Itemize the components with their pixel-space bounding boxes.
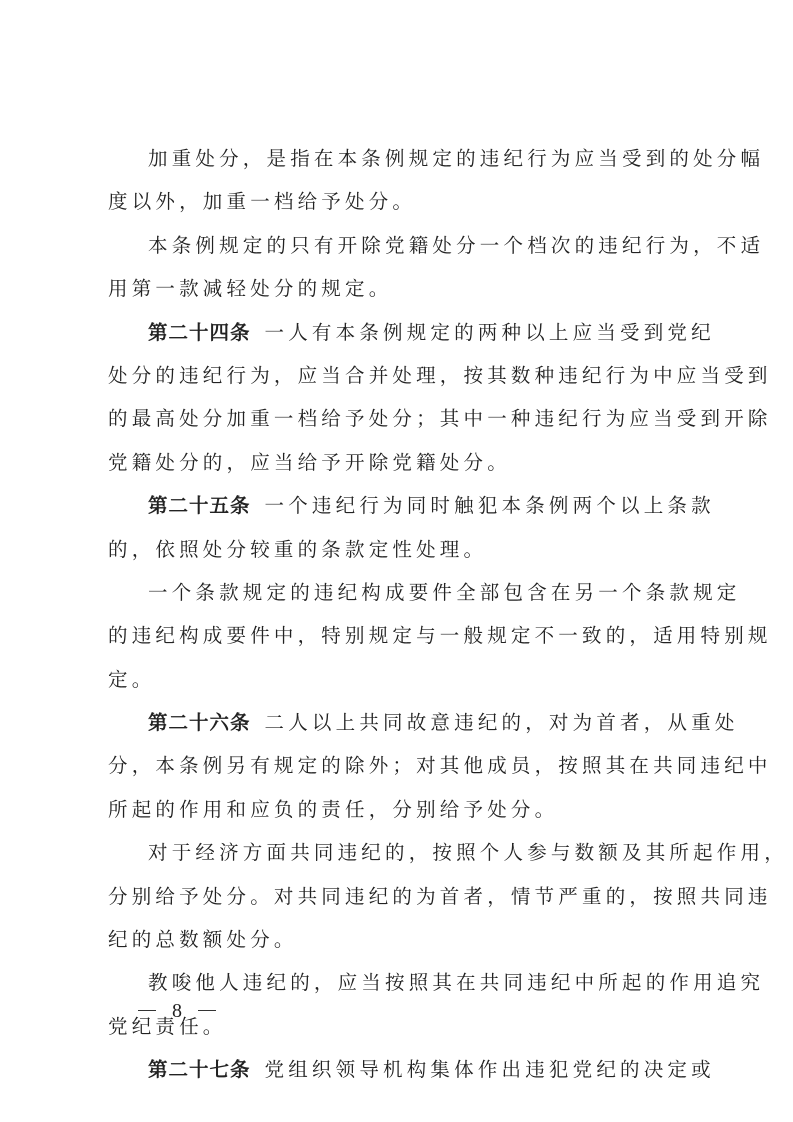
line-text: 加重处分，是指在本条例规定的违纪行为应当受到的处分幅: [148, 147, 764, 170]
line-text: 教唆他人违纪的，应当按照其在共同违纪中所起的作用追究: [148, 971, 764, 994]
line-text: 一人有本条例规定的两种以上应当受到党纪: [265, 321, 715, 344]
article-heading: 第二十四条: [148, 321, 251, 344]
line-text: 用第一款减轻处分的规定。: [108, 277, 392, 300]
line-text: 度以外，加重一档给予处分。: [108, 190, 416, 213]
text-line: 处分的违纪行为，应当合并处理，按其数种违纪行为中应当受到: [108, 354, 692, 397]
text-line: 加重处分，是指在本条例规定的违纪行为应当受到的处分幅: [108, 137, 692, 180]
line-text: 分，本条例另有规定的除外；对其他成员，按照其在共同违纪中: [108, 754, 772, 777]
text-line: 所起的作用和应负的责任，分别给予处分。: [108, 788, 692, 831]
text-line: 本条例规定的只有开除党籍处分一个档次的违纪行为，不适: [108, 224, 692, 267]
text-line: 第二十四条一人有本条例规定的两种以上应当受到党纪: [108, 311, 692, 354]
text-line: 纪的总数额处分。: [108, 918, 692, 961]
text-line: 分，本条例另有规定的除外；对其他成员，按照其在共同违纪中: [108, 744, 692, 787]
text-line: 对于经济方面共同违纪的，按照个人参与数额及其所起作用，: [108, 831, 692, 874]
dash-left: [138, 1010, 156, 1011]
text-line: 一个条款规定的违纪构成要件全部包含在另一个条款规定: [108, 571, 692, 614]
page-number: 8: [172, 1000, 182, 1023]
line-text: 的最高处分加重一档给予处分；其中一种违纪行为应当受到开除: [108, 407, 772, 430]
line-text: 所起的作用和应负的责任，分别给予处分。: [108, 798, 558, 821]
text-line: 第二十六条二人以上共同故意违纪的，对为首者，从重处: [108, 701, 692, 744]
article-heading: 第二十五条: [148, 494, 251, 517]
text-line: 第二十七条党组织领导机构集体作出违犯党纪的决定或: [108, 1048, 692, 1091]
line-text: 党籍处分的，应当给予开除党籍处分。: [108, 451, 511, 474]
line-text: 定。: [108, 668, 155, 691]
line-text: 纪的总数额处分。: [108, 928, 298, 951]
article-heading: 第二十七条: [148, 1058, 251, 1081]
line-text: 一个违纪行为同时触犯本条例两个以上条款: [265, 494, 715, 517]
page-footer: 8: [122, 1000, 232, 1023]
text-line: 分别给予处分。对共同违纪的为首者，情节严重的，按照共同违: [108, 875, 692, 918]
line-text: 党组织领导机构集体作出违犯党纪的决定或: [265, 1058, 715, 1081]
line-text: 的违纪构成要件中，特别规定与一般规定不一致的，适用特别规: [108, 624, 772, 647]
text-line: 的，依照处分较重的条款定性处理。: [108, 528, 692, 571]
line-text: 一个条款规定的违纪构成要件全部包含在另一个条款规定: [148, 581, 741, 604]
text-line: 第二十五条一个违纪行为同时触犯本条例两个以上条款: [108, 484, 692, 527]
document-body: 加重处分，是指在本条例规定的违纪行为应当受到的处分幅 度以外，加重一档给予处分。…: [108, 137, 692, 1092]
line-text: 分别给予处分。对共同违纪的为首者，情节严重的，按照共同违: [108, 885, 772, 908]
text-line: 定。: [108, 658, 692, 701]
dash-right: [198, 1010, 216, 1011]
line-text: 对于经济方面共同违纪的，按照个人参与数额及其所起作用，: [148, 841, 788, 864]
line-text: 本条例规定的只有开除党籍处分一个档次的违纪行为，不适: [148, 234, 764, 257]
text-line: 的最高处分加重一档给予处分；其中一种违纪行为应当受到开除: [108, 397, 692, 440]
text-line: 党籍处分的，应当给予开除党籍处分。: [108, 441, 692, 484]
text-line: 用第一款减轻处分的规定。: [108, 267, 692, 310]
text-line: 度以外，加重一档给予处分。: [108, 180, 692, 223]
line-text: 二人以上共同故意违纪的，对为首者，从重处: [265, 711, 739, 734]
line-text: 处分的违纪行为，应当合并处理，按其数种违纪行为中应当受到: [108, 364, 772, 387]
text-line: 的违纪构成要件中，特别规定与一般规定不一致的，适用特别规: [108, 614, 692, 657]
line-text: 的，依照处分较重的条款定性处理。: [108, 538, 487, 561]
article-heading: 第二十六条: [148, 711, 251, 734]
text-line: 教唆他人违纪的，应当按照其在共同违纪中所起的作用追究: [108, 961, 692, 1004]
